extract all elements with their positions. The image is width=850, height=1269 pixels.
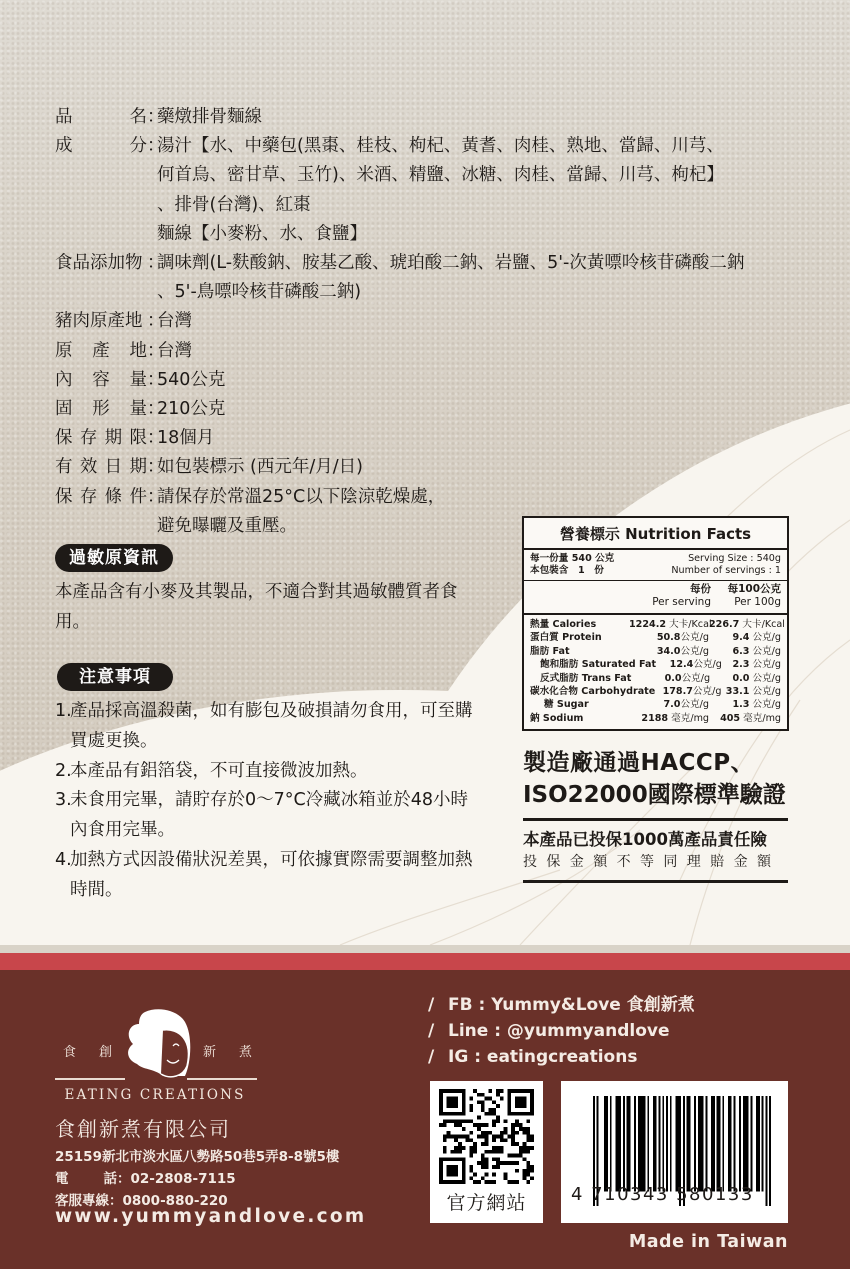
spec-row: 保存期限：18個月	[55, 424, 815, 453]
colon: ：	[147, 307, 157, 336]
serving-size-zh: 每一份量 540 公克	[530, 553, 614, 565]
brand-logo: 食 創 新 煮 EATING CREATIONS	[55, 1008, 255, 1108]
spec-label: 食品添加物	[55, 249, 147, 307]
divider	[523, 818, 788, 821]
spec-row: 豬肉原產地：台灣	[55, 307, 815, 336]
nutrition-rows: 熱量 Calories1224.2 大卡/Kcal226.7 大卡/Kcal蛋白…	[524, 615, 787, 729]
serving-size-en: Serving Size : 540g	[671, 553, 781, 565]
spec-row: 成分：湯汁【水、中藥包(黑棗、桂枝、枸杞、黃耆、肉桂、熟地、當歸、川芎、 何首烏…	[55, 132, 815, 249]
spec-row: 品名：藥燉排骨麵線	[55, 103, 815, 132]
note-number: 4.	[55, 846, 70, 906]
logo-char: 煮	[239, 1041, 252, 1060]
colon: ：	[147, 337, 157, 366]
insurance-disclaimer: 投保金額不等同理賠金額	[523, 851, 788, 873]
nutrition-facts-table: 營養標示 Nutrition Facts 每一份量 540 公克 本包裝含 1 …	[522, 516, 789, 731]
spec-value: 藥燉排骨麵線	[157, 103, 815, 132]
red-accent-band	[0, 953, 850, 970]
product-spec-list: 品名：藥燉排骨麵線成分：湯汁【水、中藥包(黑棗、桂枝、枸杞、黃耆、肉桂、熟地、當…	[55, 103, 815, 541]
notes-list: 1.產品採高溫殺菌，如有膨包及破損請勿食用，可至購買處更換。 2.本產品有鋁箔袋…	[55, 697, 475, 906]
colon: ：	[147, 483, 157, 541]
allergy-section-title: 過敏原資訊	[55, 544, 173, 572]
nutrition-row: 糖 Sugar7.0公克/g1.3 公克/g	[530, 698, 781, 711]
logo-char: 新	[203, 1041, 216, 1060]
note-number: 2.	[55, 757, 70, 787]
colon: ：	[147, 424, 157, 453]
iso-certification: ISO22000國際標準驗證	[523, 779, 788, 811]
logo-rule	[55, 1078, 125, 1080]
logo-char: 食	[63, 1041, 76, 1060]
per-100g-value: 0.0 公克/g	[710, 672, 781, 685]
per-serving-value: 50.8公克/g	[629, 631, 709, 644]
spec-value: 湯汁【水、中藥包(黑棗、桂枝、枸杞、黃耆、肉桂、熟地、當歸、川芎、 何首烏、密甘…	[157, 132, 815, 249]
spec-value: 台灣	[157, 337, 815, 366]
haccp-certification: 製造廠通過HACCP、	[523, 747, 788, 779]
serving-info: 每一份量 540 公克 本包裝含 1 份 Serving Size : 540g…	[524, 550, 787, 581]
per-100g-value: 9.4 公克/g	[709, 631, 781, 644]
nutrition-row: 鈉 Sodium2188 毫克/mg405 毫克/mg	[530, 712, 781, 725]
per-100g-value: 1.3 公克/g	[709, 698, 781, 711]
spec-label: 成分	[55, 132, 147, 249]
phone-number: 02-2808-7115	[131, 1168, 236, 1190]
spec-label: 豬肉原產地	[55, 307, 147, 336]
colon: ：	[147, 249, 157, 307]
servings-count-zh: 本包裝含 1 份	[530, 565, 614, 577]
col-per-serving-en: Per serving	[631, 596, 711, 609]
nutrition-row: 碳水化合物 Carbohydrate178.7公克/g33.1 公克/g	[530, 685, 781, 698]
spec-value: 540公克	[157, 366, 815, 395]
contact-info: 25159新北市淡水區八勢路50巷5弄8-8號5樓 電話 ： 02-2808-7…	[55, 1146, 339, 1212]
colon: ：	[147, 132, 157, 249]
nutrient-name: 蛋白質 Protein	[530, 631, 629, 644]
note-item: 2.本產品有鋁箔袋，不可直接微波加熱。	[55, 757, 475, 787]
qr-label: 官方網站	[430, 1188, 543, 1215]
insurance-statement: 本產品已投保1000萬產品責任險	[523, 829, 788, 851]
spec-label: 品名	[55, 103, 147, 132]
nutrient-name: 糖 Sugar	[530, 698, 629, 711]
spec-row: 有效日期：如包裝標示 (西元年/月/日)	[55, 453, 815, 482]
spec-label: 固形量	[55, 395, 147, 424]
barcode-number: 4 710343 580133	[571, 1184, 754, 1205]
col-per-100g-en: Per 100g	[711, 596, 781, 609]
allergy-text: 本產品含有小麥及其製品，不適合對其過敏體質者食用。	[55, 578, 475, 637]
notes-section-title: 注意事項	[57, 663, 173, 691]
certification-block: 製造廠通過HACCP、 ISO22000國際標準驗證 本產品已投保1000萬產品…	[523, 747, 788, 883]
spec-label: 保存期限	[55, 424, 147, 453]
spec-value: 如包裝標示 (西元年/月/日)	[157, 453, 815, 482]
spec-label: 保存條件	[55, 483, 147, 541]
colon: ：	[147, 103, 157, 132]
nutrition-column-headers: 每份Per serving 每100公克Per 100g	[524, 581, 787, 615]
logo-char: 創	[99, 1041, 112, 1060]
divider	[523, 880, 788, 883]
spec-label: 原產地	[55, 337, 147, 366]
col-per-serving-zh: 每份	[631, 583, 711, 596]
nutrition-row: 熱量 Calories1224.2 大卡/Kcal226.7 大卡/Kcal	[530, 618, 781, 631]
spec-value: 台灣	[157, 307, 815, 336]
col-per-100g-zh: 每100公克	[711, 583, 781, 596]
made-in-label: Made in Taiwan	[629, 1232, 788, 1252]
note-text: 未食用完畢，請貯存於0～7°C冷藏冰箱並於48小時內食用完畢。	[70, 786, 475, 846]
spec-row: 原產地：台灣	[55, 337, 815, 366]
logo-face-icon	[123, 1008, 203, 1083]
colon: ：	[147, 395, 157, 424]
per-100g-value: 33.1 公克/g	[721, 685, 781, 698]
per-serving-value: 12.4公克/g	[656, 658, 722, 671]
logo-rule	[187, 1078, 257, 1080]
nutrient-name: 碳水化合物 Carbohydrate	[530, 685, 655, 698]
nutrition-title: 營養標示 Nutrition Facts	[524, 518, 787, 550]
nutrient-name: 鈉 Sodium	[530, 712, 629, 725]
qr-code-box[interactable]: 官方網站	[430, 1081, 543, 1223]
colon: ：	[147, 366, 157, 395]
spec-label: 有效日期	[55, 453, 147, 482]
nutrient-name: 熱量 Calories	[530, 618, 629, 631]
phone-row: 電話 ： 02-2808-7115	[55, 1168, 339, 1190]
website-link[interactable]: www.yummyandlove.com	[55, 1206, 367, 1227]
colon: ：	[117, 1168, 131, 1190]
note-item: 1.產品採高溫殺菌，如有膨包及破損請勿食用，可至購買處更換。	[55, 697, 475, 757]
nutrient-name: 飽和脂肪 Saturated Fat	[530, 658, 656, 671]
nutrient-name: 反式脂肪 Trans Fat	[530, 672, 631, 685]
per-100g-value: 2.3 公克/g	[722, 658, 781, 671]
per-serving-value: 1224.2 大卡/Kcal	[629, 618, 709, 631]
company-name: 食創新煮有限公司	[55, 1113, 231, 1142]
nutrition-row: 脂肪 Fat34.0公克/g6.3 公克/g	[530, 645, 781, 658]
note-number: 1.	[55, 697, 70, 757]
per-serving-value: 7.0公克/g	[629, 698, 709, 711]
per-serving-value: 34.0公克/g	[629, 645, 709, 658]
qr-code-icon[interactable]	[439, 1089, 534, 1184]
per-serving-value: 178.7公克/g	[655, 685, 721, 698]
per-100g-value: 226.7 大卡/Kcal	[709, 618, 781, 631]
phone-label: 電話	[55, 1168, 117, 1190]
note-number: 3.	[55, 786, 70, 846]
colon: ：	[147, 453, 157, 482]
nutrient-name: 脂肪 Fat	[530, 645, 629, 658]
spec-row: 食品添加物：調味劑(L-麩酸鈉、胺基乙酸、琥珀酸二鈉、岩鹽、5'-次黃嘌呤核苷磷…	[55, 249, 815, 307]
servings-count-en: Number of servings : 1	[671, 565, 781, 577]
social-fb[interactable]: /FB : Yummy&Love 食創新煮	[428, 992, 695, 1018]
per-100g-value: 6.3 公克/g	[709, 645, 781, 658]
spec-value: 18個月	[157, 424, 815, 453]
social-links: /FB : Yummy&Love 食創新煮 /Line : @yummyandl…	[428, 992, 695, 1070]
spec-row: 固形量：210公克	[55, 395, 815, 424]
logo-english-name: EATING CREATIONS	[55, 1087, 255, 1103]
note-text: 產品採高溫殺菌，如有膨包及破損請勿食用，可至購買處更換。	[70, 697, 475, 757]
spec-value: 210公克	[157, 395, 815, 424]
note-text: 本產品有鋁箔袋，不可直接微波加熱。	[70, 757, 475, 787]
nutrition-row: 反式脂肪 Trans Fat0.0公克/g0.0 公克/g	[530, 672, 781, 685]
note-item: 4.加熱方式因設備狀況差異，可依據實際需要調整加熱時間。	[55, 846, 475, 906]
nutrition-row: 蛋白質 Protein50.8公克/g9.4 公克/g	[530, 631, 781, 644]
per-serving-value: 2188 毫克/mg	[629, 712, 709, 725]
footer: 食 創 新 煮 EATING CREATIONS 食創新煮有限公司 25159新…	[0, 970, 850, 1269]
address: 25159新北市淡水區八勢路50巷5弄8-8號5樓	[55, 1146, 339, 1168]
spec-row: 內容量：540公克	[55, 366, 815, 395]
spec-value: 調味劑(L-麩酸鈉、胺基乙酸、琥珀酸二鈉、岩鹽、5'-次黃嘌呤核苷磷酸二鈉 、5…	[157, 249, 815, 307]
per-100g-value: 405 毫克/mg	[709, 712, 781, 725]
note-item: 3.未食用完畢，請貯存於0～7°C冷藏冰箱並於48小時內食用完畢。	[55, 786, 475, 846]
per-serving-value: 0.0公克/g	[631, 672, 710, 685]
spec-label: 內容量	[55, 366, 147, 395]
note-text: 加熱方式因設備狀況差異，可依據實際需要調整加熱時間。	[70, 846, 475, 906]
social-line[interactable]: /Line : @yummyandlove	[428, 1018, 695, 1044]
barcode-box: 4 710343 580133	[561, 1081, 788, 1223]
nutrition-row: 飽和脂肪 Saturated Fat12.4公克/g2.3 公克/g	[530, 658, 781, 671]
social-ig[interactable]: /IG : eatingcreations	[428, 1044, 695, 1070]
